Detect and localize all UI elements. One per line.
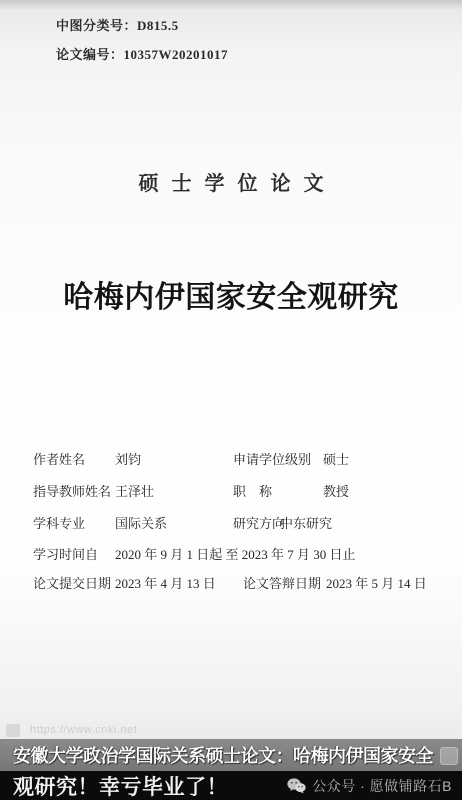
page-title: 哈梅内伊国家安全观研究 — [0, 272, 462, 316]
major-value: 国际关系 — [115, 513, 167, 532]
defense-date-label: 论文答辩日期 — [243, 573, 321, 592]
document-meta: 中图分类号：D815.5 论文编号：10357W20201017 — [56, 19, 228, 77]
account-credit: 公众号 · 愿做铺路石B — [287, 776, 452, 796]
thesis-number-value: 10357W20201017 — [124, 47, 229, 62]
cnki-watermark: https://www.cnki.net — [6, 722, 137, 738]
info-row-study-period: 学习时间自 2020 年 9 月 1 日起 至 2023 年 7 月 30 日止 — [0, 544, 462, 562]
caption-line2: 观研究！幸亏毕业了！ — [13, 771, 228, 800]
thesis-number-label: 论文编号： — [56, 47, 124, 62]
supervisor-label: 指导教师姓名 — [33, 481, 111, 500]
defense-date-value: 2023 年 5 月 14 日 — [326, 573, 427, 592]
cnki-url: https://www.cnki.net — [30, 724, 137, 736]
submission-date-label: 论文提交日期 — [33, 573, 111, 592]
degree-level-value: 硕士 — [323, 449, 349, 468]
research-direction-label: 研究方向 — [233, 513, 285, 532]
clc-label: 中图分类号： — [56, 18, 137, 33]
author-name-value: 刘钧 — [115, 449, 141, 468]
cnki-logo-icon — [6, 724, 20, 737]
supervisor-value: 王泽壮 — [115, 481, 154, 500]
info-row-author: 作者姓名 刘钧 申请学位级别 硕士 — [0, 449, 462, 467]
degree-level-label: 申请学位级别 — [233, 449, 311, 468]
submission-date-value: 2023 年 4 月 13 日 — [115, 573, 216, 592]
clc-number-row: 中图分类号：D815.5 — [56, 19, 228, 36]
watermark-glyph-icon — [440, 747, 458, 765]
top-shadow — [0, 0, 462, 10]
account-name: 公众号 · 愿做铺路石B — [312, 776, 452, 796]
major-label: 学科专业 — [33, 513, 85, 532]
info-row-major: 学科专业 国际关系 研究方向 中东研究 — [0, 513, 462, 531]
info-row-dates: 论文提交日期 2023 年 4 月 13 日 论文答辩日期 2023 年 5 月… — [0, 573, 462, 591]
study-period-label: 学习时间自 — [33, 544, 98, 563]
degree-heading: 硕士学位论文 — [0, 167, 462, 196]
caption-bar-black: 观研究！幸亏毕业了！ 公众号 · 愿做铺路石B — [0, 771, 462, 800]
author-name-label: 作者姓名 — [33, 449, 85, 468]
caption-line1: 安徽大学政治学国际关系硕士论文：哈梅内伊国家安全 — [13, 742, 433, 768]
caption-bar-gray: 安徽大学政治学国际关系硕士论文：哈梅内伊国家安全 — [0, 739, 462, 771]
wechat-icon — [287, 778, 306, 794]
study-period-value: 2020 年 9 月 1 日起 至 2023 年 7 月 30 日止 — [115, 544, 356, 563]
research-direction-value: 中东研究 — [280, 513, 332, 532]
info-row-supervisor: 指导教师姓名 王泽壮 职 称 教授 — [0, 481, 462, 499]
thesis-number-row: 论文编号：10357W20201017 — [56, 48, 228, 65]
professional-title-label: 职 称 — [233, 481, 272, 500]
clc-value: D815.5 — [137, 18, 179, 33]
professional-title-value: 教授 — [323, 481, 349, 500]
thesis-cover-page: 中图分类号：D815.5 论文编号：10357W20201017 硕士学位论文 … — [0, 0, 462, 800]
